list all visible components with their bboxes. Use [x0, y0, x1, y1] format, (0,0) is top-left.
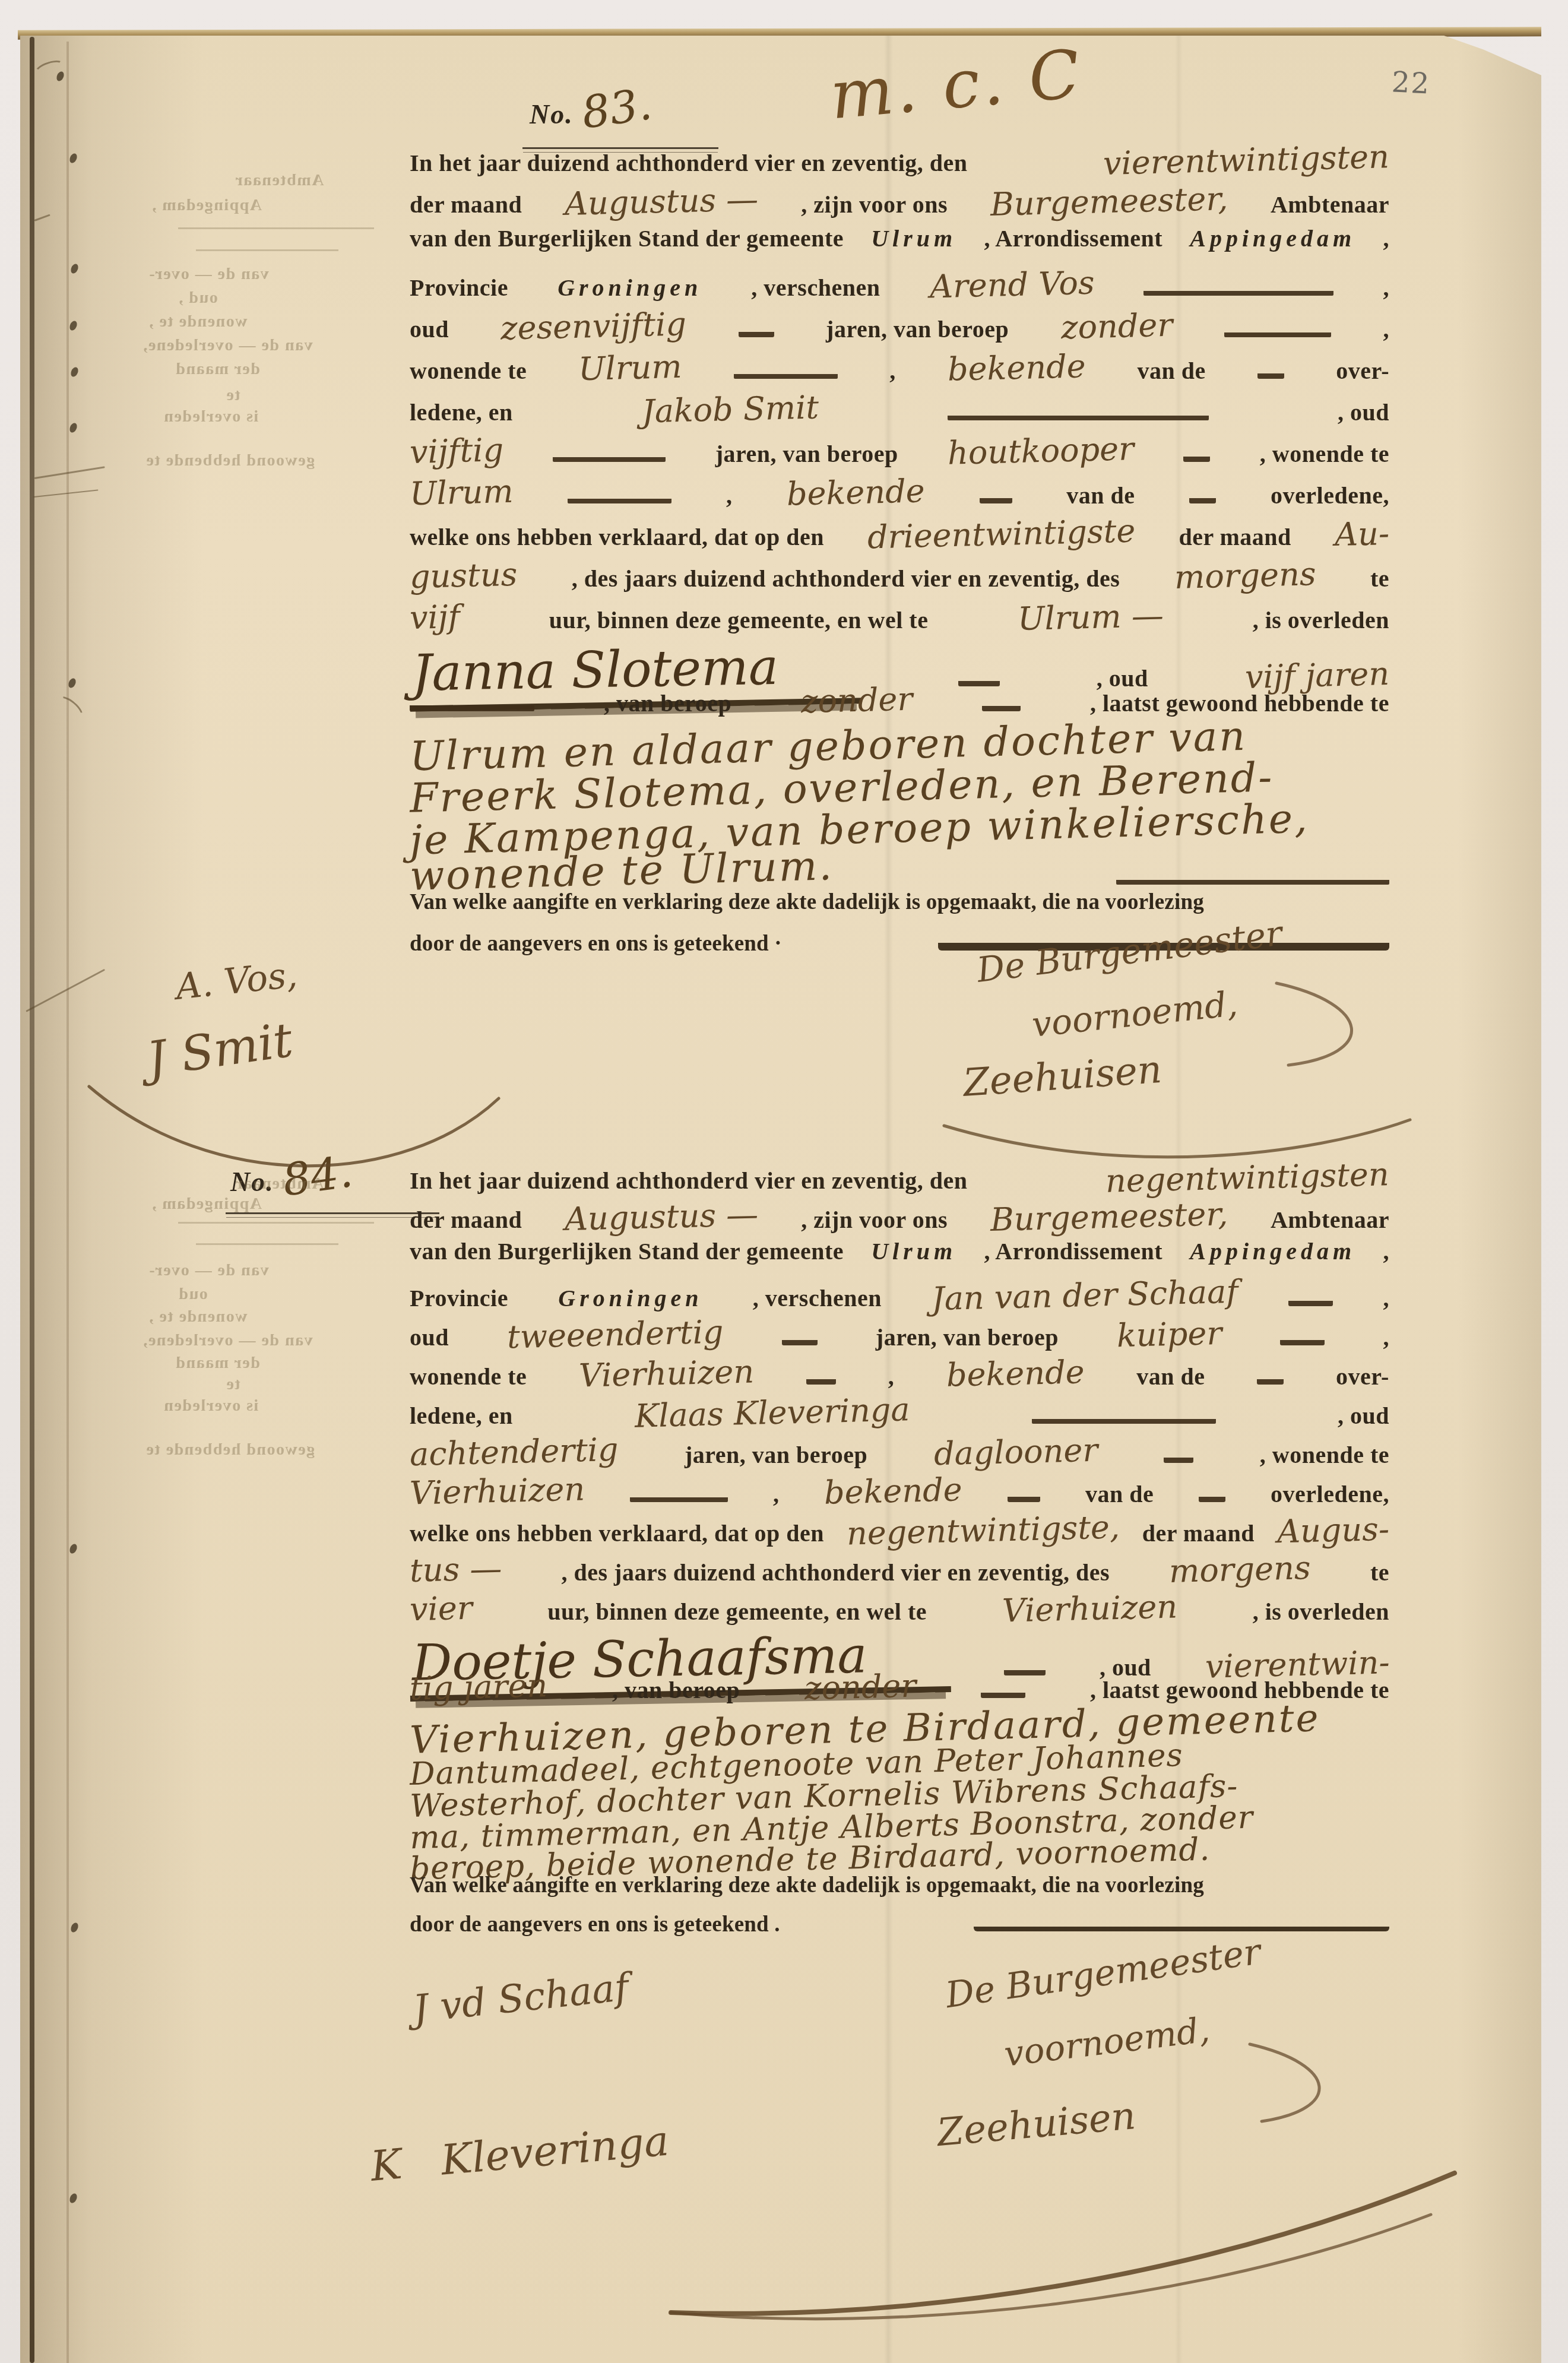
handwritten-text: Ulrum: [578, 348, 683, 388]
handwritten-text: tig jaren: [409, 1667, 548, 1708]
bleed-through-fragment: der maand: [175, 360, 260, 379]
handwritten-text: zonder: [1060, 306, 1173, 347]
ink-dash: [806, 1369, 836, 1385]
death-act-83: In het jaar duizend achthonderd vier en …: [410, 141, 1389, 973]
handwritten-text: vijf: [409, 598, 460, 636]
printed-text: ,: [1383, 1284, 1389, 1312]
handwritten-text: Augustus —: [564, 1196, 759, 1238]
printed-text: , zijn voor ons: [801, 191, 948, 218]
printed-text: over-: [1336, 357, 1389, 385]
signature-flourish: [1241, 2035, 1360, 2136]
printed-text: , is overleden: [1253, 1598, 1389, 1626]
act-line: Doetje Schaafsma, oudvierentwin-: [410, 1629, 1389, 1668]
printed-text: , verschenen: [751, 274, 880, 302]
bleed-through-fragment: te: [226, 1375, 240, 1394]
printed-text: welke ons hebben verklaard, dat op den: [410, 523, 824, 551]
printed-text: ledene, en: [410, 398, 513, 426]
handwritten-text: Klaas Kleveringa: [634, 1390, 910, 1434]
printed-text: Ambtenaar: [1271, 1206, 1389, 1234]
act-lines: In het jaar duizend achthonderd vier en …: [410, 141, 1389, 973]
printed-place-name: Appingedam: [1190, 1237, 1355, 1265]
ink-dash: [1008, 1486, 1040, 1502]
handwritten-text: gustus: [409, 556, 518, 595]
printed-text: , is overleden: [1253, 606, 1389, 634]
printed-text: uur, binnen deze gemeente, en wel te: [549, 606, 929, 634]
printed-text: , oud: [1338, 398, 1389, 426]
printed-place-name: Groningen: [558, 1284, 702, 1312]
act-lines: In het jaar duizend achthonderd vier en …: [410, 1159, 1389, 1951]
handwritten-text: tweeendertig: [506, 1313, 724, 1356]
act-line: achtendertigjaren, van beroepdaglooner, …: [410, 1433, 1389, 1472]
act-line: Ulrum,bekendevan deoverledene,: [410, 474, 1389, 515]
printed-text: ,: [1383, 1237, 1389, 1265]
printed-text: door de aangevers en ons is geteekend .: [410, 1912, 780, 1937]
act-line: Van welke aangifte en verklaring deze ak…: [410, 1873, 1389, 1912]
printed-text: , zijn voor ons: [801, 1206, 948, 1234]
act-line: wonende te Ulrum.: [410, 848, 1389, 889]
act-line: vijftigjaren, van beroephoutkooper, wone…: [410, 432, 1389, 474]
ink-dash: [1199, 1486, 1225, 1502]
act-line: Dantumadeel, echtgenoote van Peter Johan…: [410, 1747, 1389, 1778]
bleed-through-fragment: van de — overledene,: [142, 336, 313, 355]
act-line: wonende teUlrum,bekendevan deover-: [410, 349, 1389, 391]
printed-text: , des jaars duizend achthonderd vier en …: [572, 565, 1120, 593]
handwritten-text: bekende: [946, 1353, 1085, 1394]
bleed-through-fragment: Appingedam ,: [151, 196, 262, 215]
printed-place-name: Ulrum: [871, 224, 956, 252]
act-line: Janna Slotema, oudvijf jaren: [410, 640, 1389, 682]
printed-text: van den Burgerlijken Stand der gemeente: [410, 1237, 844, 1265]
act-line: gustus, des jaars duizend achthonderd vi…: [410, 557, 1389, 598]
ink-dash: [1189, 487, 1216, 503]
printed-text: Van welke aangifte en verklaring deze ak…: [410, 889, 1204, 915]
printed-text: oud: [410, 315, 449, 343]
handwritten-text: bekende: [947, 347, 1086, 388]
act-line: van den Burgerlijken Stand der gemeenteU…: [410, 224, 1389, 266]
ink-dash: [982, 695, 1021, 711]
printed-text: overledene,: [1271, 1480, 1389, 1508]
act-line: van den Burgerlijken Stand der gemeenteU…: [410, 1237, 1389, 1276]
printed-text: Ambtenaar: [1271, 191, 1389, 218]
printed-text: ,: [889, 357, 896, 385]
handwritten-text: Vierhuizen: [409, 1470, 585, 1512]
printed-text: te: [1370, 1559, 1389, 1586]
scanned-death-register-page: 22 m. c. C No.83. No.84. In het jaar dui…: [0, 0, 1568, 2363]
printed-text: jaren, van beroep: [715, 440, 898, 468]
handwritten-text: Vierhuizen: [578, 1352, 755, 1394]
ink-dash: [1164, 1447, 1193, 1463]
handwritten-text: negentwintigste,: [846, 1508, 1120, 1552]
ink-dash: [980, 487, 1012, 503]
closing-rule: [974, 1917, 1389, 1931]
handwritten-text: bekende: [787, 472, 926, 513]
printed-text: , Arrondissement: [984, 1237, 1162, 1265]
printed-text: Provincie: [410, 1284, 508, 1312]
printed-place-name: Groningen: [557, 274, 702, 302]
ink-dash: [1257, 363, 1284, 379]
bleed-through-fragment: Ambtenaar: [235, 1174, 324, 1193]
handwritten-text: vierentwintigsten: [1103, 138, 1389, 182]
printed-text: , verschenen: [753, 1284, 882, 1312]
printed-text: wonende te: [410, 1363, 527, 1390]
act-line: tus —, des jaars duizend achthonderd vie…: [410, 1551, 1389, 1590]
handwritten-text: Ulrum —: [1017, 597, 1164, 638]
act-line: ProvincieGroningen, verschenenArend Vos,: [410, 266, 1389, 308]
handwritten-text: Au-: [1334, 515, 1390, 553]
handwritten-text: bekende: [824, 1471, 963, 1512]
bleed-through-fragment: Ambtenaar: [235, 171, 324, 190]
handwritten-text: vier: [409, 1589, 473, 1629]
ink-dash: [1288, 1290, 1333, 1306]
printed-text: der maand: [410, 191, 522, 218]
printed-text: Provincie: [410, 274, 508, 302]
bleed-through-fragment: oud ,: [178, 289, 218, 308]
printed-text: jaren, van beroep: [685, 1441, 867, 1469]
bleed-through-fragment: gewoond hebbende te: [145, 451, 315, 470]
handwritten-text: Vierhuizen: [1002, 1588, 1178, 1629]
bleed-through-fragment: van de — over-: [148, 265, 269, 284]
bleed-through-fragment: wonende te ,: [148, 312, 248, 331]
act-line: Vierhuizen, geboren te Birdaard, gemeent…: [410, 1708, 1389, 1747]
act-line: In het jaar duizend achthonderd vier en …: [410, 141, 1389, 183]
handwritten-text: tus —: [409, 1550, 502, 1589]
act-line: je Kampenga, van beroep winkeliersche,: [410, 806, 1389, 848]
printed-text: door de aangevers en ons is geteekend ·: [410, 931, 782, 956]
handwritten-text: kuiper: [1116, 1314, 1222, 1354]
handwritten-text: zesenvijftig: [501, 305, 687, 347]
bleed-through-fragment: is overleden: [163, 1396, 258, 1415]
printed-text: welke ons hebben verklaard, dat op den: [410, 1519, 824, 1547]
printed-text: overledene,: [1271, 482, 1389, 509]
handwritten-text: drieentwintigste: [867, 512, 1136, 556]
handwritten-text: Augustus —: [564, 180, 759, 223]
handwritten-text: Jakob Smit: [641, 388, 819, 430]
act-number-label: No.: [530, 99, 574, 129]
act-line: wonende teVierhuizen,bekendevan deover-: [410, 1355, 1389, 1394]
printed-text: over-: [1336, 1363, 1389, 1390]
fill-line: [410, 692, 534, 711]
printed-text: wonende te: [410, 357, 527, 385]
printed-text: der maand: [1179, 523, 1291, 551]
printed-text: Van welke aangifte en verklaring deze ak…: [410, 1873, 1204, 1898]
printed-text: van de: [1066, 482, 1135, 509]
signature-flourish: [617, 2137, 1484, 2351]
printed-text: jaren, van beroep: [876, 1323, 1059, 1351]
ink-dash: [1257, 1369, 1284, 1385]
fill-line: [1143, 278, 1333, 296]
printed-text: van den Burgerlijken Stand der gemeente: [410, 224, 844, 252]
bleed-through-fragment: is overleden: [163, 407, 258, 426]
printed-text: , wonende te: [1260, 1441, 1389, 1469]
printed-text: ,: [1383, 224, 1389, 252]
fill-line: [568, 486, 671, 503]
printed-text: te: [1370, 565, 1389, 593]
handwritten-text: Jan van der Schaaf: [932, 1273, 1239, 1318]
act-line: ledene, enKlaas Kleveringa, oud: [410, 1394, 1389, 1433]
ink-dash: [1183, 446, 1210, 462]
handwritten-text: Burgemeester,: [990, 1195, 1228, 1238]
gutter-crease: [66, 42, 69, 2363]
handwritten-text: Arend Vos: [929, 264, 1095, 306]
fill-line: [1116, 867, 1389, 885]
printed-text: ,: [773, 1480, 780, 1508]
handwritten-text: achtendertig: [409, 1431, 619, 1474]
printed-text: van de: [1138, 357, 1206, 385]
handwritten-text: daglooner: [933, 1431, 1098, 1473]
act-line: ma, timmerman, en Antje Alberts Boonstra…: [410, 1810, 1389, 1841]
act-line: vieruur, binnen deze gemeente, en wel te…: [410, 1590, 1389, 1629]
bleed-through-fragment: Appingedam ,: [151, 1195, 262, 1214]
printed-text: der maand: [1142, 1519, 1255, 1547]
act-line: ledene, enJakob Smit, oud: [410, 391, 1389, 432]
signature-flourish: [932, 1102, 1425, 1191]
bleed-through-fragment: wonende te ,: [148, 1307, 248, 1326]
fill-line: [553, 444, 666, 462]
handwritten-text: Burgemeester,: [990, 180, 1228, 223]
printed-text: ledene, en: [410, 1402, 513, 1430]
act-line: der maandAugustus —, zijn voor onsBurgem…: [410, 183, 1389, 224]
bleed-through-rule: [196, 1243, 338, 1245]
printed-place-name: Ulrum: [871, 1237, 956, 1265]
printed-text: jaren, van beroep: [826, 315, 1009, 343]
bleed-through-fragment: gewoond hebbende te: [145, 1440, 315, 1459]
ink-dash: [981, 1682, 1025, 1698]
act-line: der maandAugustus —, zijn voor onsBurgem…: [410, 1198, 1389, 1237]
bleed-through-fragment: der maand: [175, 1354, 260, 1373]
handwritten-text: Ulrum: [409, 473, 514, 512]
ink-dash: [739, 321, 774, 337]
handwritten-text: zonder: [800, 680, 913, 721]
death-act-84: In het jaar duizend achthonderd vier en …: [410, 1159, 1389, 1951]
act-number-83: No.83.: [530, 83, 651, 134]
bleed-through-rule: [178, 227, 374, 229]
bleed-through-fragment: te: [226, 386, 240, 405]
printed-text: , oud: [1338, 1402, 1389, 1430]
bleed-through-fragment: van de — over-: [148, 1261, 269, 1280]
act-line: Vierhuizen,bekendevan deoverledene,: [410, 1472, 1389, 1512]
printed-text: ,: [726, 482, 733, 509]
handwritten-text: morgens: [1168, 1549, 1311, 1590]
act-line: vijfuur, binnen deze gemeente, en wel te…: [410, 598, 1389, 640]
handwritten-text: Augus-: [1276, 1510, 1390, 1551]
act-line: welke ons hebben verklaard, dat op denne…: [410, 1512, 1389, 1551]
printed-text: ,: [1383, 1323, 1389, 1351]
printed-text: van de: [1085, 1480, 1154, 1508]
printed-text: uur, binnen deze gemeente, en wel te: [547, 1598, 927, 1626]
printed-text: ,: [888, 1363, 895, 1390]
act-line: beroep, beide wonende te Birdaard, voorn…: [410, 1841, 1389, 1873]
printed-text: , Arrondissement: [984, 224, 1162, 252]
act-line: welke ons hebben verklaard, dat op dendr…: [410, 515, 1389, 557]
bleed-through-rule: [178, 1222, 374, 1224]
printed-text: ,: [1383, 315, 1389, 343]
printed-text: der maand: [410, 1206, 522, 1234]
fill-line: [734, 361, 838, 379]
act-line: oudtweeendertigjaren, van beroepkuiper,: [410, 1316, 1389, 1355]
book-spine-line: [30, 37, 34, 2363]
printed-text: In het jaar duizend achthonderd vier en …: [410, 149, 968, 177]
signature-flourish: [1265, 971, 1395, 1084]
fill-line: [630, 1484, 728, 1502]
bleed-through-rule: [196, 249, 338, 251]
handwritten-text: zonder: [804, 1667, 917, 1708]
printed-text: van de: [1136, 1363, 1205, 1390]
act-line: ProvincieGroningen, verschenenJan van de…: [410, 1276, 1389, 1316]
printed-place-name: Appingedam: [1190, 224, 1355, 252]
fill-line: [1032, 1406, 1216, 1424]
printed-text: , van beroep: [604, 689, 731, 717]
fill-line: [948, 403, 1209, 420]
printed-text: , wonende te: [1260, 440, 1389, 468]
page-number: 22: [1391, 65, 1431, 100]
printed-text: ,: [1383, 274, 1390, 302]
ink-dash: [782, 1329, 818, 1345]
printed-text: oud: [410, 1323, 449, 1351]
bleed-through-fragment: van de — overledene,: [142, 1331, 313, 1350]
handwritten-text: vijftig: [409, 431, 504, 471]
ink-dash: [1280, 1329, 1325, 1345]
act-line: oudzesenvijftigjaren, van beroepzonder,: [410, 308, 1389, 349]
handwritten-text: morgens: [1174, 555, 1316, 596]
bleed-through-fragment: oud: [178, 1285, 208, 1304]
printed-text: , des jaars duizend achthonderd vier en …: [562, 1559, 1110, 1586]
printed-text: , van beroep: [612, 1676, 740, 1704]
act-number-value: 83.: [578, 78, 655, 139]
handwritten-text: houtkooper: [947, 430, 1134, 472]
fill-line: [1224, 319, 1331, 337]
